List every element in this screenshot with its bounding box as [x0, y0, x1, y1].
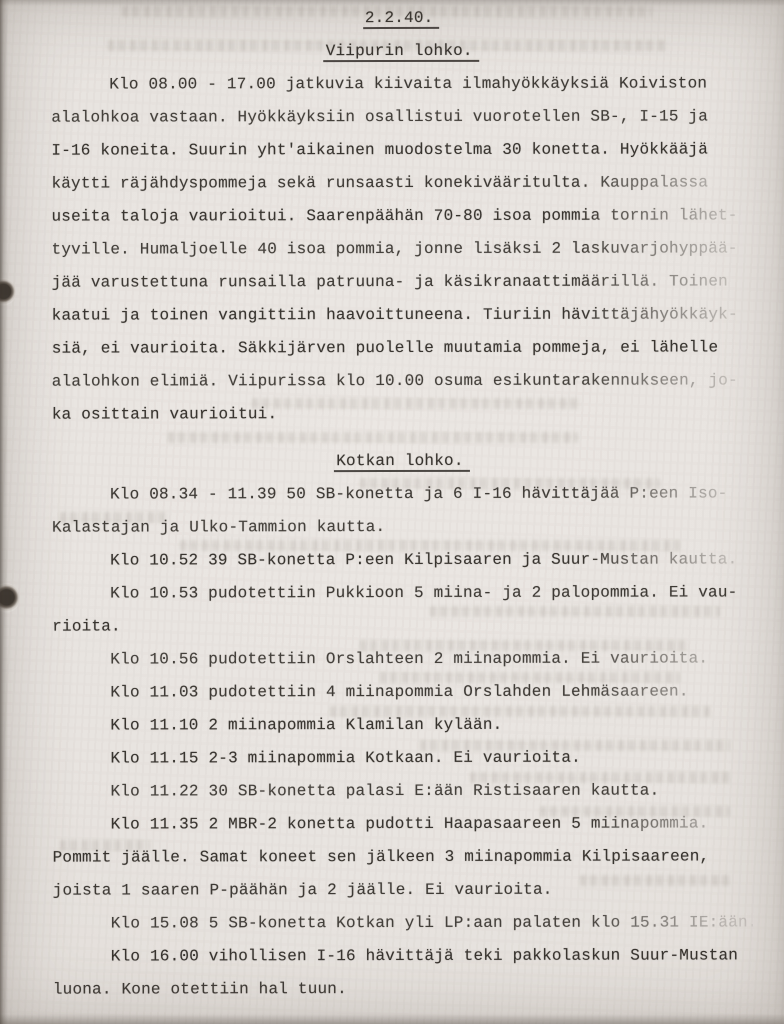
scanned-document-page: 2.2.40. Viipurin lohko.Klo 08.00 - 17.00… [0, 0, 784, 1024]
text-line: Klo 08.34 - 11.39 50 SB-konetta ja 6 I-1… [52, 477, 752, 511]
text-line: Klo 11.10 2 miinapommia Klamilan kylään. [52, 708, 752, 742]
text-line: I-16 koneita. Suurin yht'aikainen muodos… [51, 133, 751, 167]
text-line: Klo 11.15 2-3 miinapommia Kotkaan. Ei va… [52, 741, 752, 775]
text-line: Pommit jäälle. Samat koneet sen jälkeen … [53, 840, 753, 874]
punch-hole [0, 583, 20, 613]
text-line: Klo 11.03 pudotettiin 4 miinapommia Orsl… [52, 675, 752, 709]
section-heading: Kotkan lohko. [52, 444, 752, 478]
text-line: rioita. [52, 609, 752, 643]
text-line: Klo 10.52 39 SB-konetta P:een Kilpisaare… [52, 543, 752, 577]
text-line: alalohkoa vastaan. Hyökkäyksiin osallist… [51, 100, 751, 134]
page-edge-shadow [0, 1014, 784, 1024]
text-line: tyville. Humaljoelle 40 isoa pommia, jon… [52, 232, 752, 266]
text-line: ka osittain vaurioitui. [52, 397, 752, 431]
text-line: useita taloja vaurioitui. Saarenpäähän 7… [51, 199, 751, 233]
text-line: Klo 11.22 30 SB-konetta palasi E:ään Ris… [52, 774, 752, 808]
text-line: Klo 16.00 vihollisen I-16 hävittäjä teki… [53, 939, 753, 973]
date-heading: 2.2.40. [363, 9, 440, 29]
text-line: kaatui ja toinen vangittiin haavoittunee… [52, 298, 752, 332]
text-line: Klo 11.35 2 MBR-2 konetta pudotti Haapas… [53, 807, 753, 841]
text-line: Klo 15.08 5 SB-konetta Kotkan yli LP:aan… [53, 906, 753, 940]
section-heading: Viipurin lohko. [51, 34, 751, 68]
text-line: jää varustettuna runsailla patruuna- ja … [52, 265, 752, 299]
punch-hole [0, 278, 16, 306]
text-line: käytti räjähdyspommeja sekä runsaasti ko… [51, 166, 751, 200]
text-line: Klo 10.56 pudotettiin Orslahteen 2 miina… [52, 642, 752, 676]
text-line: Klo 08.00 - 17.00 jatkuvia kiivaita ilma… [51, 67, 751, 101]
date-heading-row: 2.2.40. [51, 1, 751, 35]
text-line: luona. Kone otettiin hal tuun. [53, 972, 753, 1006]
text-line: joista 1 saaren P-päähän ja 2 jäälle. Ei… [53, 873, 753, 907]
document-body: 2.2.40. Viipurin lohko.Klo 08.00 - 17.00… [51, 1, 753, 1006]
text-line: siä, ei vaurioita. Säkkijärven puolelle … [52, 331, 752, 365]
text-line: Kalastajan ja Ulko-Tammion kautta. [52, 510, 752, 544]
text-line: Klo 10.53 pudotettiin Pukkioon 5 miina- … [52, 576, 752, 610]
text-line: alalohkon elimiä. Viipurissa klo 10.00 o… [52, 364, 752, 398]
page-edge-shadow [0, 0, 8, 1024]
